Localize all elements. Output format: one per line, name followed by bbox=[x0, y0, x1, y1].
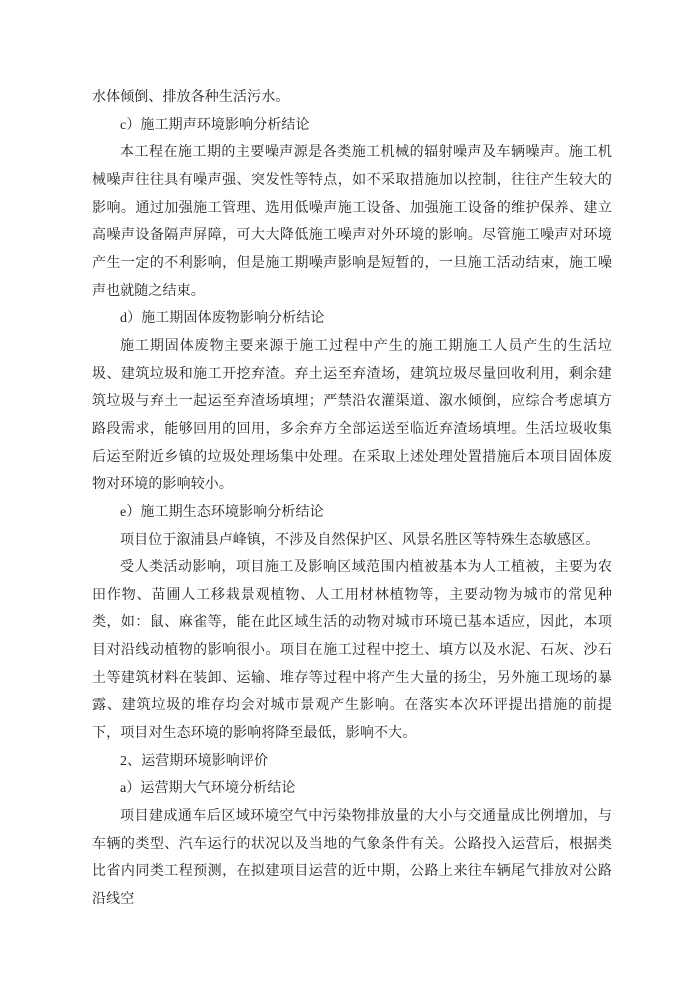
section-heading-e: e）施工期生态环境影响分析结论 bbox=[92, 499, 612, 527]
continuation-line: 水体倾倒、排放各种生活污水。 bbox=[92, 84, 612, 112]
section-heading-c: c）施工期声环境影响分析结论 bbox=[92, 112, 612, 140]
section-heading-2: 2、运营期环境影响评价 bbox=[92, 748, 612, 776]
paragraph-solid-waste: 施工期固体废物主要来源于施工过程中产生的施工期施工人员产生的生活垃圾、建筑垃圾和… bbox=[92, 333, 612, 499]
paragraph-noise-impact: 本工程在施工期的主要噪声源是各类施工机械的辐射噪声及车辆噪声。施工机械噪声往往具… bbox=[92, 139, 612, 305]
paragraph-operation-air: 项目建成通车后区域环境空气中污染物排放量的大小与交通量成比例增加，与车辆的类型、… bbox=[92, 803, 612, 914]
section-heading-d: d）施工期固体废物影响分析结论 bbox=[92, 305, 612, 333]
paragraph-ecology: 受人类活动影响，项目施工及影响区域范围内植被基本为人工植被，主要为农田作物、苗圃… bbox=[92, 554, 612, 748]
paragraph-location: 项目位于溆浦县卢峰镇，不涉及自然保护区、风景名胜区等特殊生态敏感区。 bbox=[92, 527, 612, 555]
document-page: 水体倾倒、排放各种生活污水。 c）施工期声环境影响分析结论 本工程在施工期的主要… bbox=[92, 84, 612, 914]
section-heading-a: a）运营期大气环境分析结论 bbox=[92, 775, 612, 803]
